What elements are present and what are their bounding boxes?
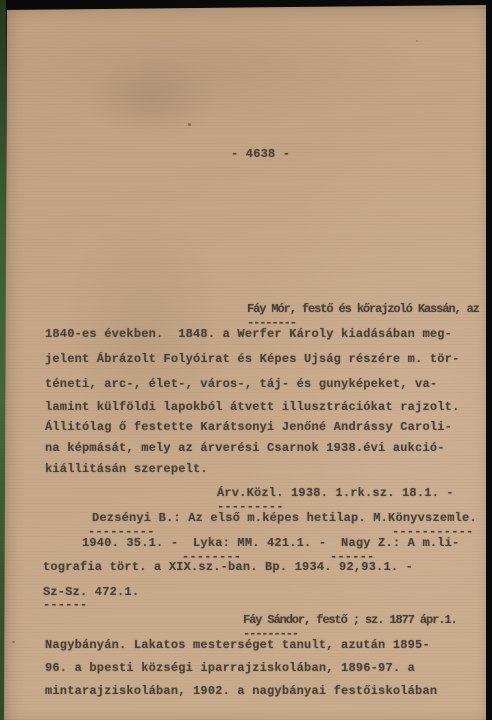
typed-line: Nagybányán. Lakatos mesterséget tanult, … <box>45 638 430 652</box>
reference-line: Árv.Közl. 1938. 1.rk.sz. 18.1. - <box>217 486 454 500</box>
typed-line: téneti, arc-, élet-, város-, táj- és gun… <box>45 377 437 391</box>
paper-stain <box>416 40 418 42</box>
typed-line: lamint külföldi lapokból átvett illusztr… <box>45 400 459 414</box>
reference-line: tografia tört. a XIX.sz.-ban. Bp. 1934. … <box>43 560 413 574</box>
typed-line: Állitólag ő festette Karátsonyi Jenőné A… <box>45 420 452 434</box>
underline-dashes: ------ <box>43 598 87 612</box>
reference-line: Sz-Sz. 472.1. <box>43 585 139 599</box>
paper-stain <box>12 641 15 643</box>
typed-line: jelent Ábrázolt Folyóirat és Képes Ujság… <box>45 352 459 366</box>
scanned-page: - 4638 - Fáy Mór, festő és kőrajzoló Kas… <box>0 0 492 720</box>
entry-heading-line: Fáy Sándor, festő ; sz. 1877 ápr.1. <box>243 613 457 627</box>
typed-line: kiállitásán szerepelt. <box>45 462 208 476</box>
typed-line: 1840-es években. 1848. a Werfer Károly k… <box>45 327 452 341</box>
entry-heading-line: Fáy Mór, festő és kőrajzoló Kassán, az <box>247 302 479 316</box>
paper-stain <box>188 123 191 126</box>
reference-line: Dezsényi B.: Az első m.képes hetilap. M.… <box>92 511 477 525</box>
typed-line: mintarajziskolában, 1902. a nagybányai f… <box>45 684 437 698</box>
page-number: - 4638 - <box>231 147 290 161</box>
typed-line: 96. a bpesti községi iparrajziskolában, … <box>45 661 415 675</box>
typed-line: na képmását, mely az árverési Csarnok 19… <box>45 441 445 455</box>
reference-line: 1940. 35.1. - Lyka: MM. 421.1. - Nagy Z.… <box>82 536 459 550</box>
scan-root: { "page": { "number_label": "- 4638 -" }… <box>0 0 492 720</box>
